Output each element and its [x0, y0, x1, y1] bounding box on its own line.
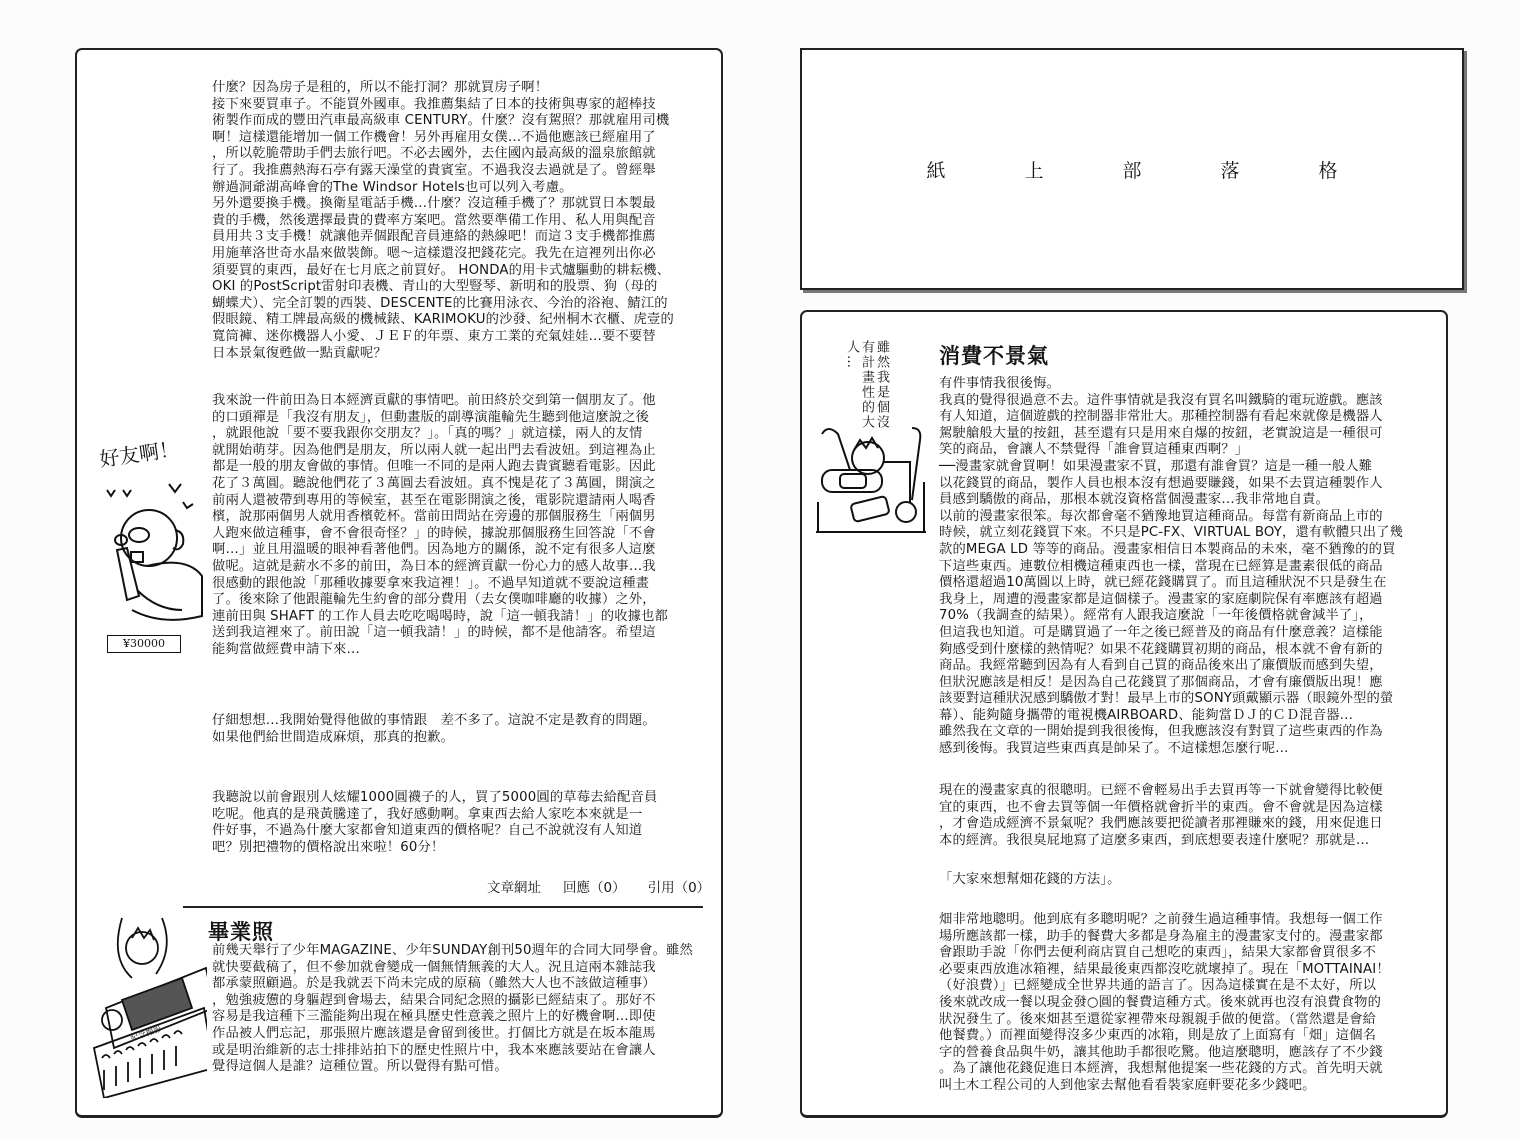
text-line: 仔細想想…我開始覺得他做的事情跟 差不多了。這說不定是教育的問題。	[212, 713, 656, 730]
trackbacks-link[interactable]: 引用（0）	[648, 876, 711, 896]
text-line: 日本景氣復甦做一點貢獻呢？	[212, 346, 674, 363]
text-line: 叫土木工程公司的人到他家去幫他看看裝家庭軒要花多少錢吧。	[939, 1078, 1390, 1095]
text-line: 另外還要換手機。換衛星電話手機…什麼？沒這種手機了？那就買日本製最	[212, 196, 674, 213]
text-line: 都是一般的朋友會做的事情。但唯一不同的是兩人跑去貴賓聽看電影。因此	[212, 459, 668, 476]
text-line: 做呢。這就是薪水不多的前田，為日本的經濟貢獻一份心力的感人故事…我	[212, 559, 668, 576]
permalink-link[interactable]: 文章網址	[487, 876, 541, 896]
text-line: 就快要截稿了，但不參加就會變成一個無情無義的大人。況且這兩本雜誌我	[212, 960, 693, 977]
text-line: 商品。我經常聽到因為有人看到自己買的商品後來出了廉價版而感到失望，	[939, 658, 1403, 675]
text-line: 前兩人還被帶到專用的等候室，甚至在電影開演之後，電影院還請兩人喝香	[212, 493, 668, 510]
text-line: 吃呢。他真的是飛黃騰達了，我好感動啊。拿東西去給人家吃本來就是一	[212, 807, 657, 824]
price-tag: ¥30000	[107, 635, 181, 653]
post-body-paragraph-4: 我聽說以前會跟別人炫耀1000圓襪子的人，買了5000圓的草莓去給配音員吃呢。他…	[212, 790, 657, 856]
text-line: 很感動的跟他說「那種收據要拿來我這裡！」。不過早知道就不要說這種畫	[212, 576, 668, 593]
steel-battalion-controller-icon	[812, 422, 932, 540]
text-line: 什麼？因為房子是租的，所以不能打洞？那就買房子啊！	[212, 80, 674, 97]
text-line: 場所應該都一樣，助手的餐費大多都是身為雇主的漫畫家支付的。漫畫家都	[939, 929, 1390, 946]
text-line: 吧？別把禮物的價格說出來啦！60分！	[212, 840, 657, 857]
text-line: 件好事，不過為什麼大家都會知道東西的價格呢？自己不說就沒有人知道	[212, 823, 657, 840]
text-line: （好浪費）」已經變成全世界共通的語言了。因為這樣實在是不太好，所以	[939, 978, 1390, 995]
text-line: 的口頭禪是「我沒有朋友」，但動畫版的副導演龍輪先生聽到他這麼說之後	[212, 410, 668, 427]
friend-illustration: 好友啊！ ¥30000	[87, 430, 207, 660]
text-line: 能夠當做經費申請下來…	[212, 642, 668, 659]
text-line: 畑非常地聰明。他到底有多聰明呢？之前發生過這種事情。我想每一個工作	[939, 912, 1390, 929]
text-line: 或是明治維新的志士排排站拍下的歷史性照片中，我本來應該要站在會讓人	[212, 1043, 693, 1060]
text-line: 連前田與 SHAFT 的工作人員去吃吃喝喝時，說「這一頓我請！」的收據也都	[212, 609, 668, 626]
text-line: 了。後來除了他跟龍輪先生約會的部分費用（去女僕咖啡廳的收據）之外，	[212, 592, 668, 609]
text-line: ，所以乾脆帶助手們去旅行吧。不必去國外，去住國內最高級的溫泉旅館就	[212, 146, 674, 163]
post-body-paragraph-3: 「大家來想幫畑花錢的方法」。	[939, 872, 1121, 889]
text-line: 笑的商品，會讓人不禁覺得「誰會買這種東西啊？」	[939, 442, 1403, 459]
post-body-paragraph-2: 我來說一件前田為日本經濟貢獻的事情吧。前田終於交到第一個朋友了。他的口頭禪是「我…	[212, 393, 668, 659]
text-line: 都承蒙照顧過。於是我就丟下尚未完成的原稿（雖然大人也不該做這種事）	[212, 976, 693, 993]
text-line: 假眼鏡、精工牌最高級的機械錶、KARIMOKU的沙發、紀州桐木衣櫃、虎壹的	[212, 312, 674, 329]
text-line: 花了３萬圓。聽說他們花了３萬圓去看波妞。真不愧是花了３萬圓，開演之	[212, 476, 668, 493]
blog-title: 紙 上 部 落 格	[896, 156, 1367, 183]
text-line: 有人知道，這個遊戲的控制器非常壯大。那種控制器有看起來就像是機器人	[939, 409, 1403, 426]
text-line: 下這些東西。連數位相機這種東西也一樣，當現在已經算是畫素很低的商品	[939, 559, 1403, 576]
text-line: 現在的漫畫家真的很聰明。已經不會輕易出手去買再等一下就會變得比較便	[939, 783, 1383, 800]
text-line: 作品被人們忘記，那張照片應該還是會留到後世。打個比方就是在坂本龍馬	[212, 1026, 693, 1043]
right-page-panel: 消費不景氣 雖然我是個沒有計畫性的大人… 有件事情我很後悔。我真的覺得很過意不去…	[800, 310, 1448, 1118]
post-title-graduation-photo: 畢業照	[208, 916, 274, 946]
text-line: ，勉強疲憊的身軀趕到會場去，結果合同紀念照的攝影已經結束了。那好不	[212, 993, 693, 1010]
text-line: 會跟助手說「你們去便利商店買自己想吃的東西」，結果大家都會買很多不	[939, 945, 1390, 962]
text-line: 駕駛艙般大量的按鈕，甚至還有只是用來自爆的按鈕，老實說這是一種很可	[939, 426, 1403, 443]
text-line: 以前的漫畫家很笨。每次都會毫不猶豫地買這種商品。每當有新商品上市的	[939, 509, 1403, 526]
text-line: 70%（我調查的結果）。經常有人跟我這麼說「一年後價格就會減半了」，	[939, 608, 1403, 625]
text-line: 必要東西放進冰箱裡，結果最後東西都沒吃就壞掉了。現在「MOTTAINAI！	[939, 962, 1390, 979]
text-line: 款的MEGA LD 等等的商品。漫畫家相信日本製商品的未來，毫不猶豫的的買	[939, 542, 1403, 559]
text-line: 時候，就立刻花錢買下來。不只是PC-FX、VIRTUAL BOY，還有軟體只出了…	[939, 525, 1403, 542]
text-line: 我來說一件前田為日本經濟貢獻的事情吧。前田終於交到第一個朋友了。他	[212, 393, 668, 410]
text-line: 容易是我這種下三濫能夠出現在極具歷史性意義之照片上的好機會啊…即使	[212, 1009, 693, 1026]
text-line: 我真的覺得很過意不去。這件事情就是我沒有買名叫鐵騎的電玩遊戲。應該	[939, 393, 1403, 410]
post-footer: 文章網址 回應（0） 引用（0）	[487, 876, 710, 896]
replies-link[interactable]: 回應（0）	[563, 876, 626, 896]
text-line: 接下來要買車子。不能買外國車。我推薦集結了日本的技術與專家的超棒技	[212, 97, 674, 114]
text-line: 我身上，周遭的漫畫家都是這個樣子。漫畫家的家庭劇院保有率應該有超過	[939, 592, 1403, 609]
blog-header-box: 紙 上 部 落 格	[800, 48, 1464, 290]
post-body-paragraph-2: 現在的漫畫家真的很聰明。已經不會輕易出手去買再等一下就會變得比較便宜的東西，也不…	[939, 783, 1383, 849]
post-body-paragraph-1: 什麼？因為房子是租的，所以不能打洞？那就買房子啊！接下來要買車子。不能買外國車。…	[212, 80, 674, 362]
text-line: ，就跟他說「要不要我跟你交朋友？」。「真的嗎？」就這樣，兩人的友情	[212, 426, 668, 443]
text-line: 須要買的東西，最好在七月底之前買好。 HONDA的用卡式爐驅動的耕耘機、	[212, 263, 674, 280]
text-line: 字的營養食品與牛奶，讓其他助手都很吃驚。他這麼聰明，應該存了不少錢	[939, 1045, 1390, 1062]
text-line: 用施華洛世奇水晶來做裝飾。嗯～這樣還沒把錢花完。我先在這裡列出你必	[212, 246, 674, 263]
text-line: 狀況發生了。後來畑甚至還從家裡帶來母親親手做的便當。（當然還是會給	[939, 1012, 1390, 1029]
post-body-paragraph-3: 仔細想想…我開始覺得他做的事情跟 差不多了。這說不定是教育的問題。如果他們給世間…	[212, 713, 656, 746]
text-line: 幕）、能夠隨身攜帶的電視機AIRBOARD、能夠當ＤＪ的ＣＤ混音器…	[939, 708, 1403, 725]
text-line: ，才會造成經濟不景氣呢？我們應該要把從讀者那裡賺來的錢，用來促進日	[939, 816, 1383, 833]
text-line: 貴的手機，然後選擇最貴的費率方案吧。當然要準備工作用、私人用與配音	[212, 213, 674, 230]
text-line: 送到我這裡來了。前田說「這一頓我請！」的時候，都不是他請客。希望這	[212, 625, 668, 642]
text-line: 夠感受到什麼樣的熱情呢？如果不花錢購買初期的商品，根本就不會有新的	[939, 642, 1403, 659]
text-line: 前幾天舉行了少年MAGAZINE、少年SUNDAY創刊50週年的合同大同學會。雖…	[212, 943, 693, 960]
text-line: 他餐費。）而裡面變得沒多少東西的冰箱，則是放了上面寫有「畑」這個名	[939, 1028, 1390, 1045]
left-page-panel: 什麼？因為房子是租的，所以不能打洞？那就買房子啊！接下來要買車子。不能買外國車。…	[75, 48, 723, 1118]
text-line: 。為了讓他花錢促進日本經濟，我想幫他提案一些花錢的方式。首先明天就	[939, 1061, 1390, 1078]
text-line: 員感到驕傲的商品，那根本就沒資格當個漫畫家…我非常地自責。	[939, 492, 1403, 509]
graduation-illustration: 紀念撮影	[82, 908, 207, 1098]
text-line: 辦過洞爺湖高峰會的The Windsor Hotels也可以列入考慮。	[212, 180, 674, 197]
crowd-photo-icon	[82, 908, 207, 1098]
text-line: 人跑來做這種事，會不會很奇怪？」的時候，據說那個服務生回答說「不會	[212, 526, 668, 543]
text-line: 寬筒褲、迷你機器人小愛、ＪＥＦ的年票、東方工業的充氣娃娃…要不要替	[212, 329, 674, 346]
text-line: 啊！這樣還能增加一個工作機會！另外再雇用女僕…不過他應該已經雇用了	[212, 130, 674, 147]
text-line: 「大家來想幫畑花錢的方法」。	[939, 872, 1121, 889]
text-line: 如果他們給世間造成麻煩，那真的抱歉。	[212, 730, 656, 747]
post-body-paragraph-4: 畑非常地聰明。他到底有多聰明呢？之前發生過這種事情。我想每一個工作場所應該都一樣…	[939, 912, 1390, 1095]
text-line: 行了。我推薦熱海石亭有露天澡堂的貴賓室。不過我沒去過就是了。曾經舉	[212, 163, 674, 180]
post-body-graduation-photo: 前幾天舉行了少年MAGAZINE、少年SUNDAY創刊50週年的合同大同學會。雖…	[212, 943, 693, 1076]
text-line: 該要對這種狀況感到驕傲才對！最早上市的SONY頭戴顯示器（眼鏡外型的螢	[939, 691, 1403, 708]
text-line: 術製作而成的豐田汽車最高級車 CENTURY。什麼？沒有駕照？那就雇用司機	[212, 113, 674, 130]
text-line: 啊…」並且用溫暖的眼神看著他們。因為地方的關係，說不定有很多人這麼	[212, 542, 668, 559]
text-line: 後來就改成一餐以現金發○圓的餐費這種方式。後來就再也沒有浪費食物的	[939, 995, 1390, 1012]
text-line: 但這我也知道。可是購買過了一年之後已經普及的商品有什麼意義？這樣能	[939, 625, 1403, 642]
text-line: 有件事情我很後悔。	[939, 376, 1403, 393]
text-line: 覺得這個人是誰？這種位置。所以覺得有點可惜。	[212, 1059, 693, 1076]
text-line: 本的經濟。我很臭屁地寫了這麼多東西，到底想要表達什麼呢？那就是…	[939, 833, 1383, 850]
text-line: 我聽說以前會跟別人炫耀1000圓襪子的人，買了5000圓的草莓去給配音員	[212, 790, 657, 807]
text-line: 檳，說那兩個男人就用香檳乾杯。當前田問站在旁邊的那個服務生「兩個男	[212, 509, 668, 526]
text-line: 感到後悔。我買這些東西真是帥呆了。不這樣想怎麼行呢…	[939, 741, 1403, 758]
text-line: 雖然我在文章的一開始提到我很後悔，但我應該沒有對買了這些東西的作為	[939, 724, 1403, 741]
text-line: 價格還超過10萬圓以上時，就已經花錢購買了。而且這種狀況不只是發生在	[939, 575, 1403, 592]
text-line: 蝴蝶犬）、完全訂製的西裝、DESCENTE的比賽用泳衣、今治的浴袍、鯖江的	[212, 296, 674, 313]
text-line: OKI 的PostScript雷射印表機、青山的大型豎琴、新明和的股票、狗（母的	[212, 279, 674, 296]
gamer-cockpit-illustration	[812, 422, 932, 540]
text-line: ──漫畫家就會買啊！如果漫畫家不買，那還有誰會買？這是一種一般人難	[939, 459, 1403, 476]
post-title-consumption-slump: 消費不景氣	[939, 340, 1049, 370]
text-line: 但狀況應該是相反！是因為自己花錢買了那個商品，才會有廉價版出現！應	[939, 675, 1403, 692]
text-line: 就開始萌芽。因為他們是朋友，所以兩人就一起出門去看波妞。到這裡為止	[212, 443, 668, 460]
text-line: 宜的東西，也不會去買等個一年價格就會折半的東西。會不會就是因為這樣	[939, 800, 1383, 817]
text-line: 員用共３支手機！就讓他弄個跟配音員連絡的熱線吧！而這３支手機都推薦	[212, 229, 674, 246]
post-divider	[183, 906, 703, 908]
post-body-paragraph-1: 有件事情我很後悔。我真的覺得很過意不去。這件事情就是我沒有買名叫鐵騎的電玩遊戲。…	[939, 376, 1403, 758]
text-line: 以花錢買的商品，製作人員也根本沒有想過要賺錢，如果不去買這種製作人	[939, 476, 1403, 493]
